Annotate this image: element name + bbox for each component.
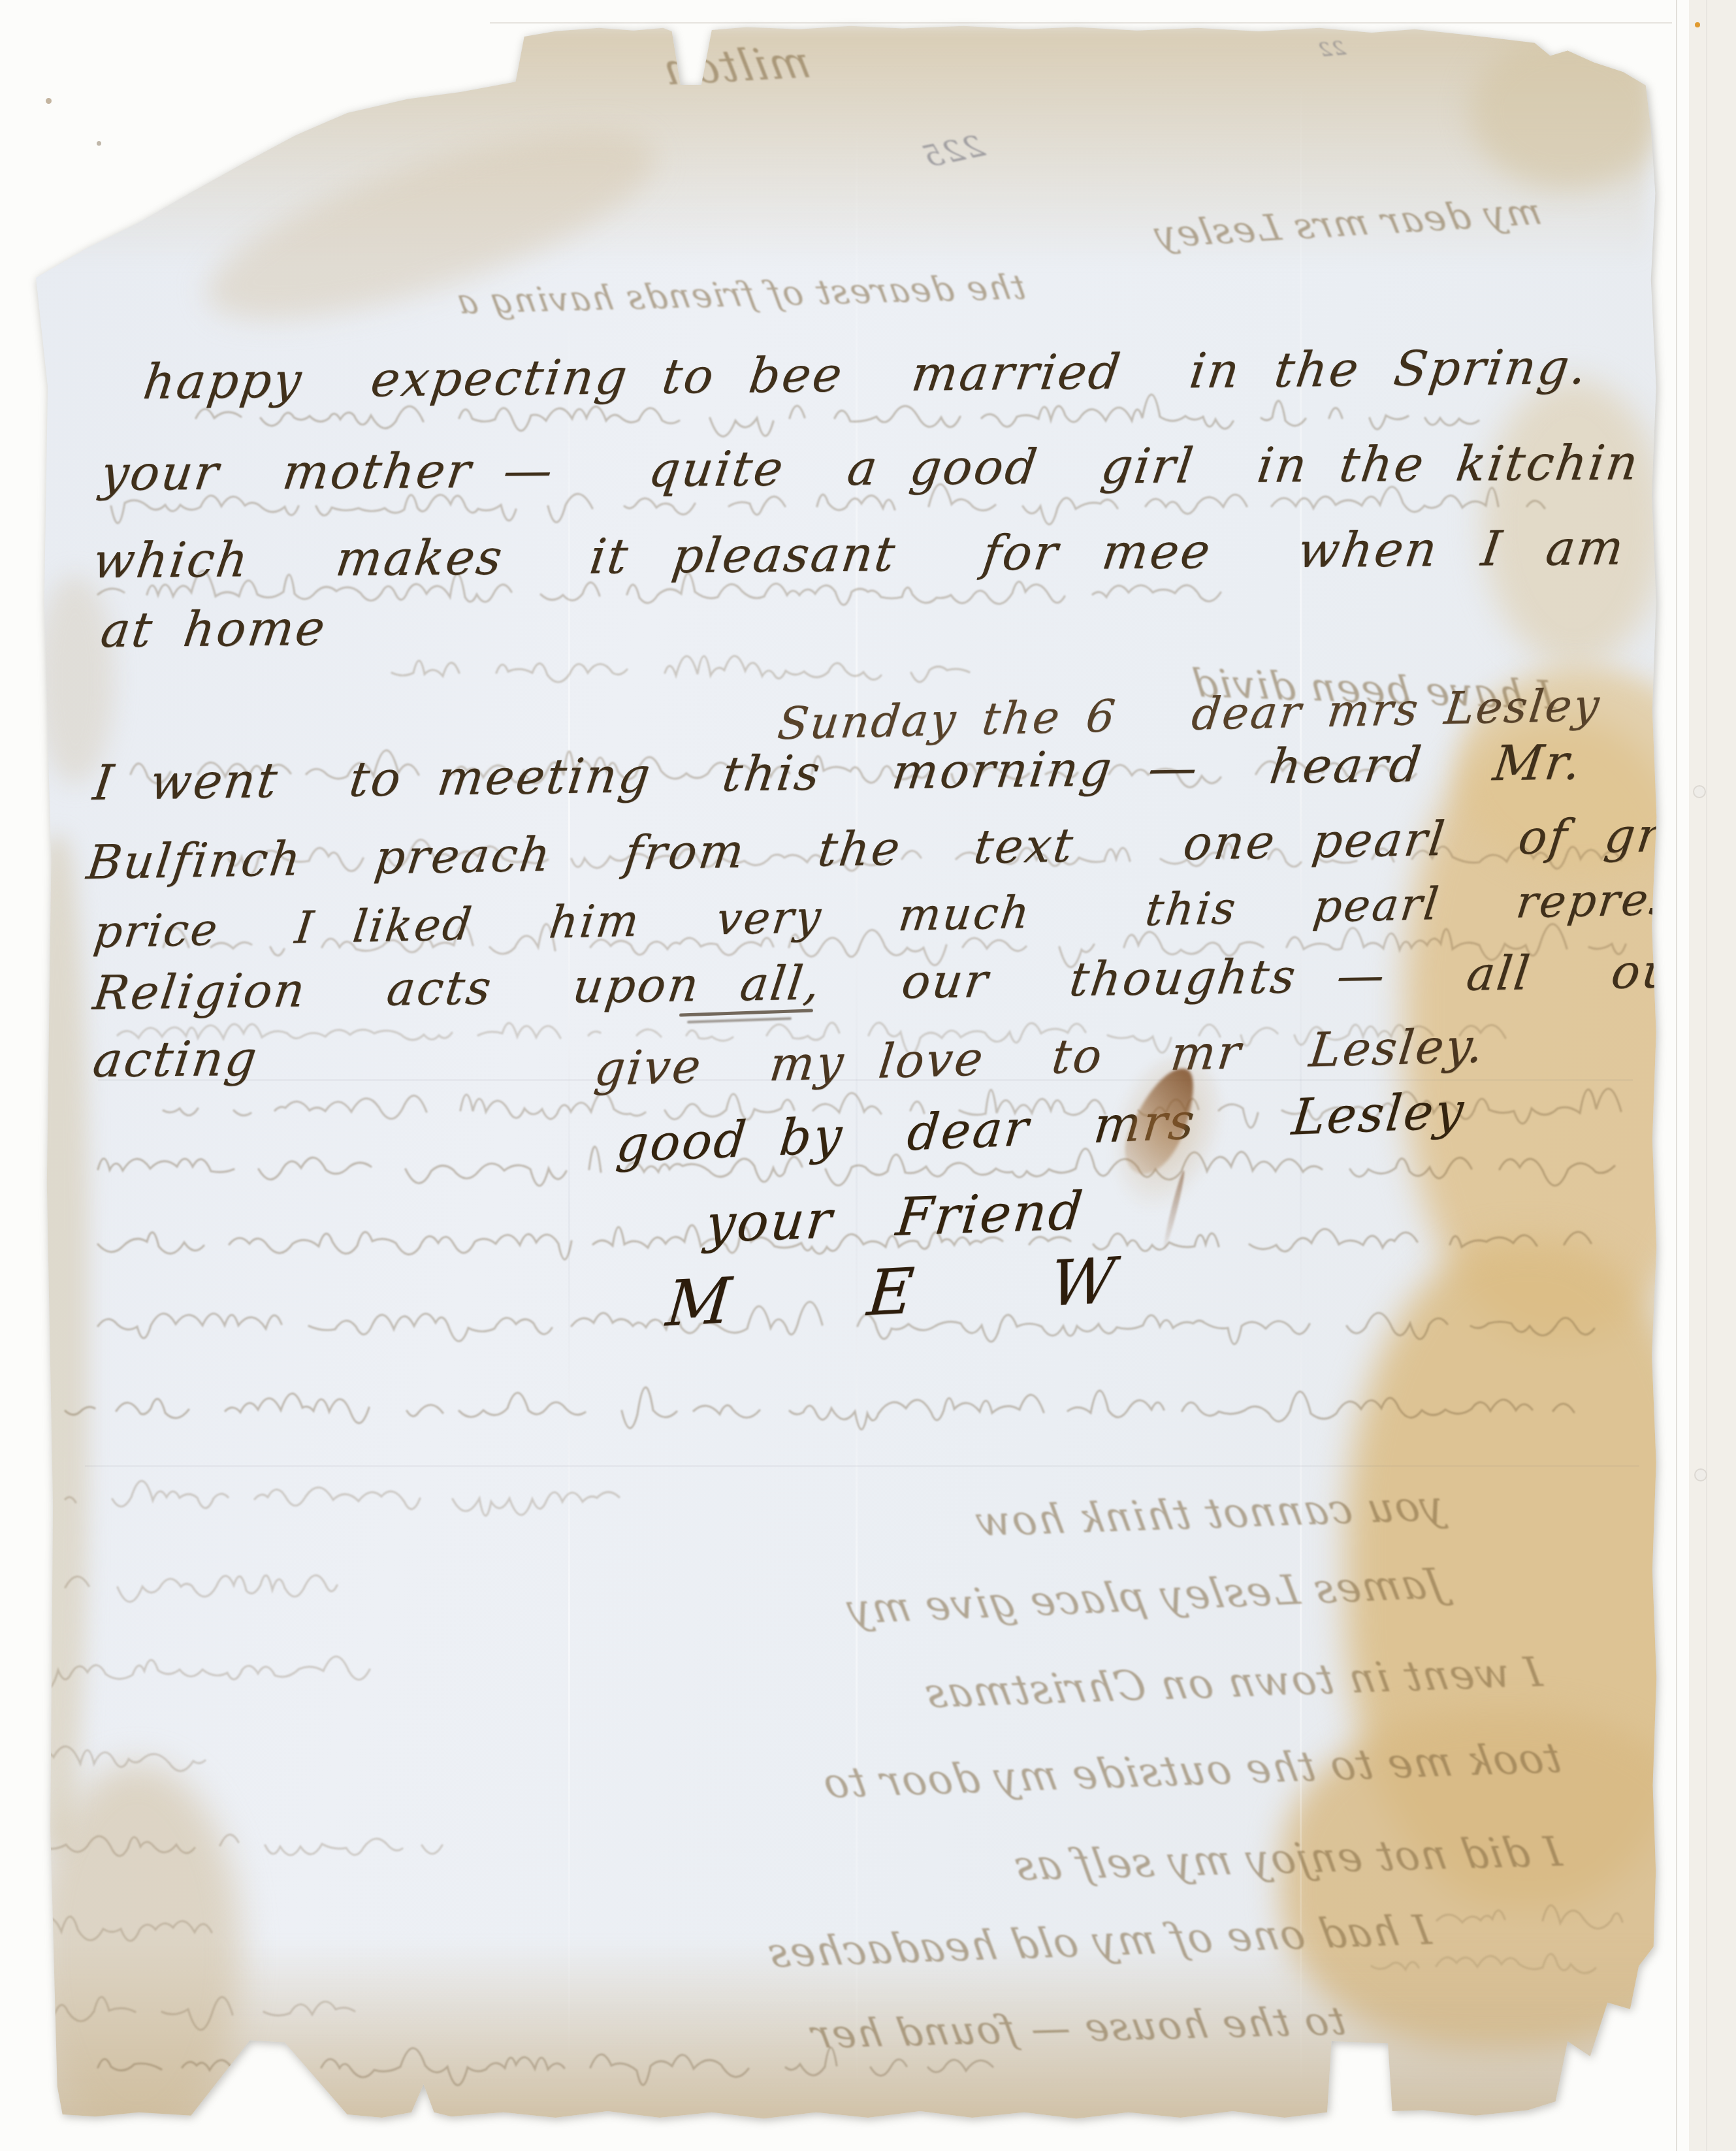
bleed-squiggle-row bbox=[65, 1387, 1574, 1429]
letter-line-l13: your Friend bbox=[703, 1185, 1087, 1251]
bleed-text-b-22: 22 bbox=[1304, 39, 1348, 62]
letter-line-l4: at home bbox=[98, 604, 329, 655]
letter-paper: milton22522my dear mrs Lesleythe dearest… bbox=[0, 0, 1736, 2151]
scanned-letter-page: milton22522my dear mrs Lesleythe dearest… bbox=[0, 0, 1736, 2151]
bleed-squiggle-row bbox=[1437, 1905, 1622, 1929]
bleed-squiggle-row bbox=[39, 1747, 205, 1771]
letter-paper-wrapper: milton22522my dear mrs Lesleythe dearest… bbox=[0, 0, 1736, 2151]
bleed-squiggle-row bbox=[65, 1576, 337, 1602]
bleed-squiggle-row bbox=[65, 1481, 619, 1515]
letter-line-l2: your mother — quite a good girl in the k… bbox=[98, 439, 1643, 498]
letter-line-l3: which makes it pleasant for mee when I a… bbox=[90, 524, 1628, 586]
bleed-squiggle-row bbox=[39, 1657, 370, 1688]
bleed-squiggle-row bbox=[39, 1997, 355, 2030]
bleed-squiggle-row bbox=[39, 1835, 442, 1856]
letter-line-l1: happy expecting to bee married in the Sp… bbox=[140, 343, 1591, 406]
letter-line-l10: acting bbox=[90, 1035, 261, 1084]
bleed-squiggle-row bbox=[39, 1916, 246, 1941]
bleed-squiggle-row bbox=[1372, 1954, 1625, 1973]
bleed-squiggle-row bbox=[392, 656, 969, 682]
